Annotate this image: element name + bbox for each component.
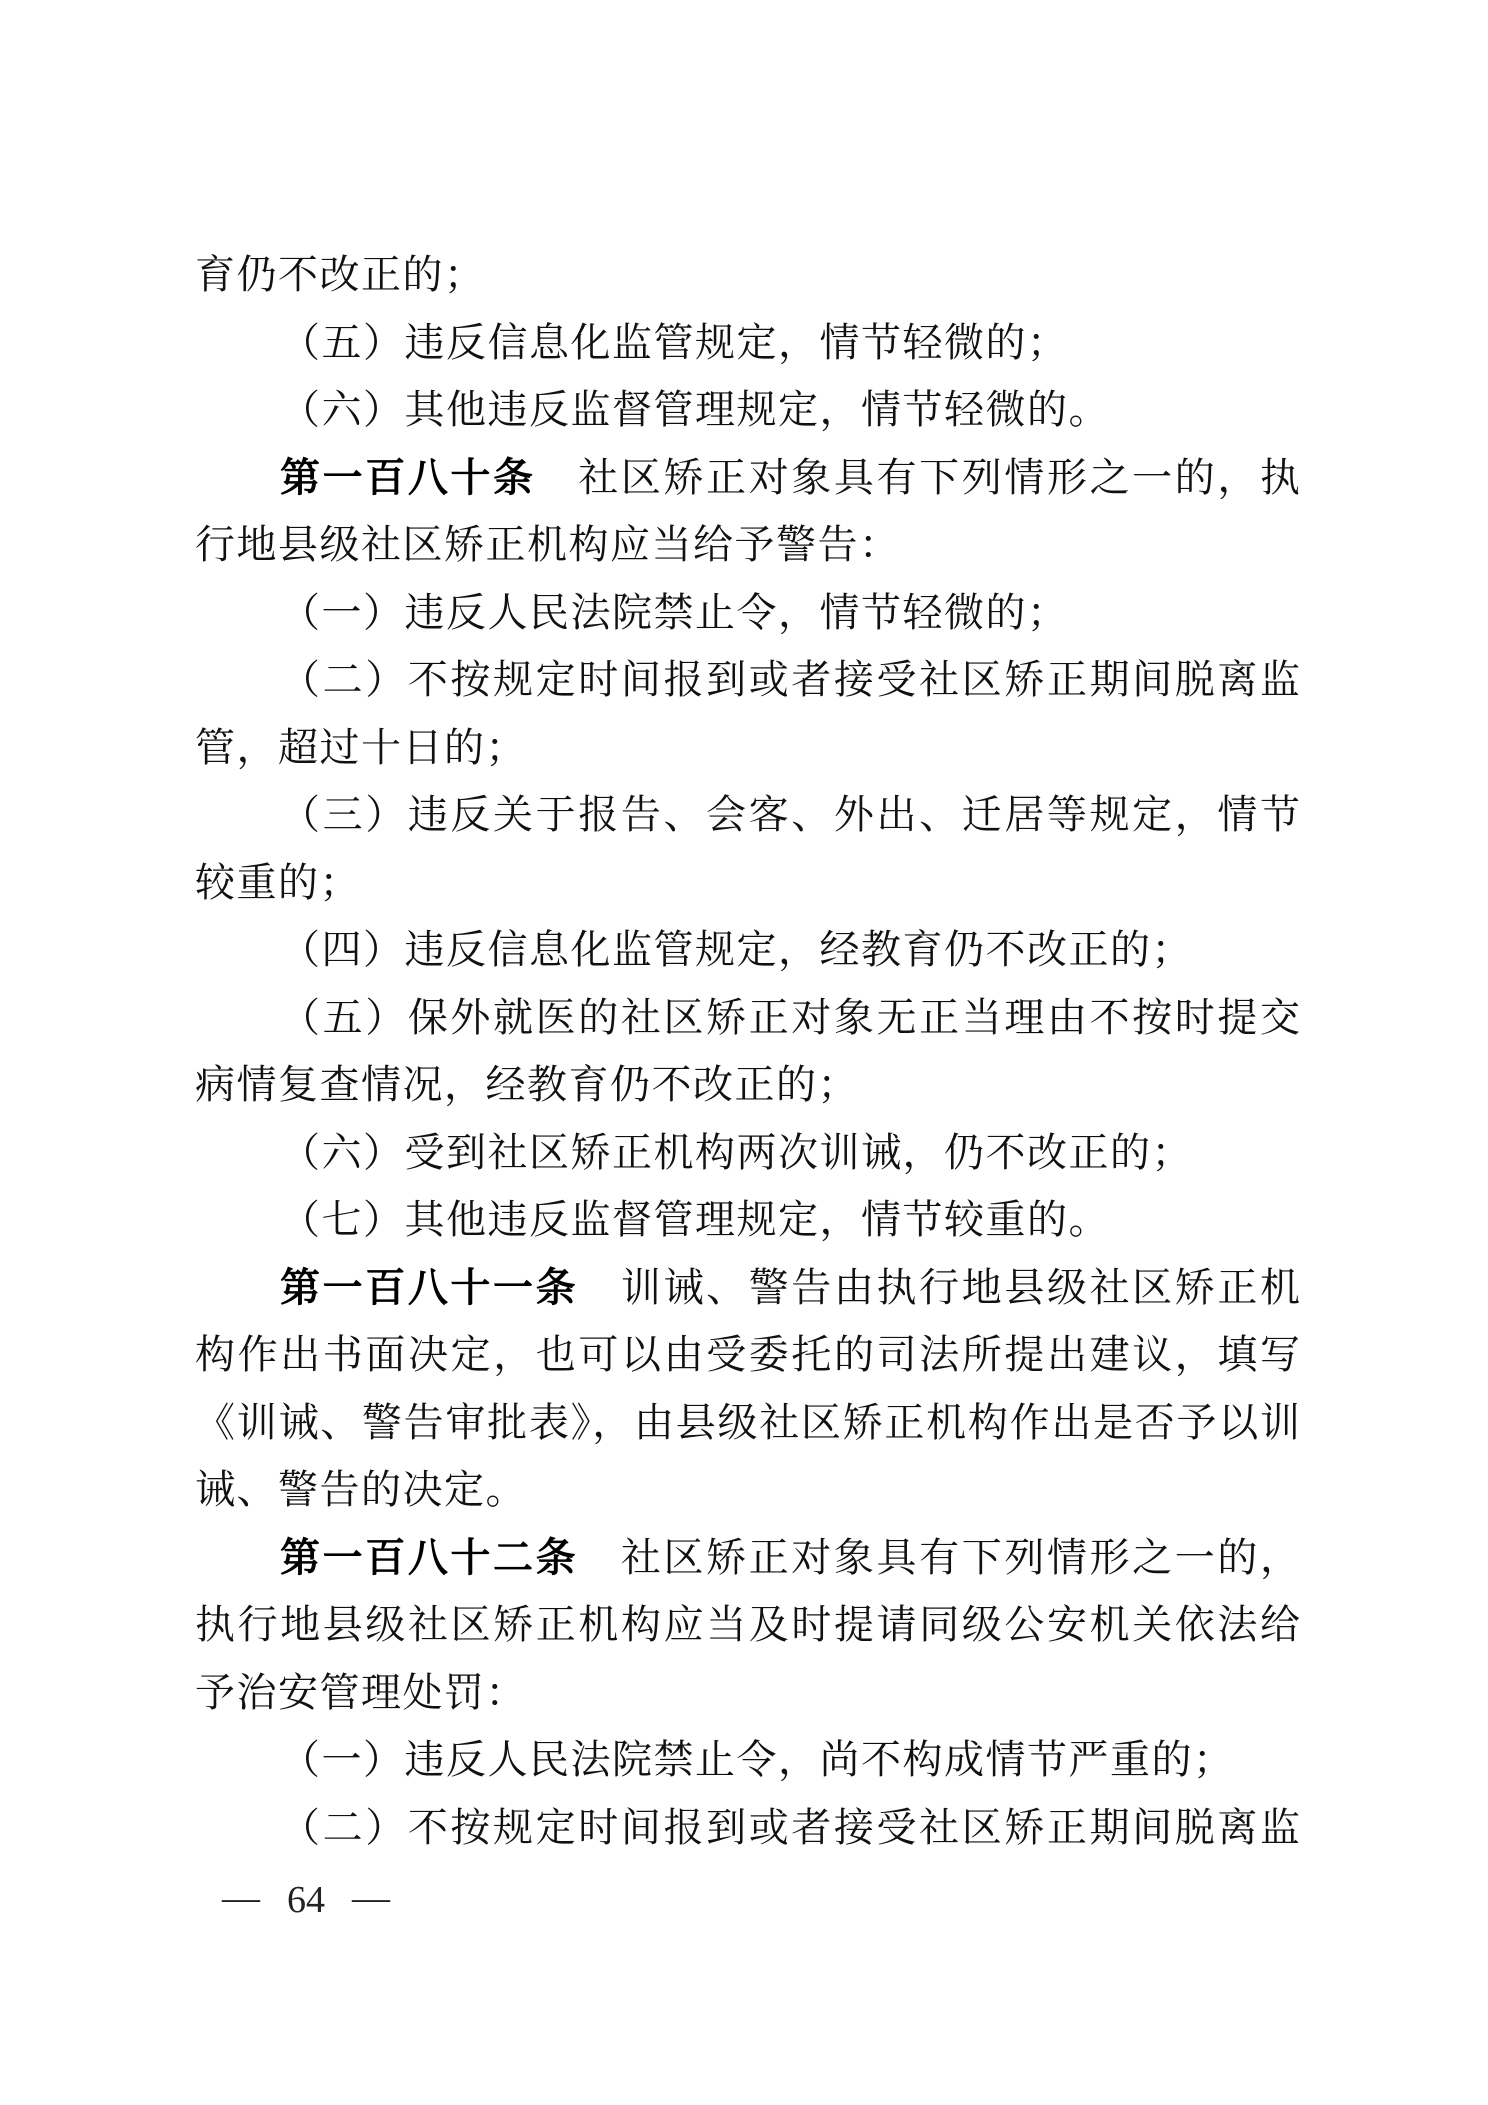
line-text: 育仍不改正的；: [195, 252, 486, 297]
line-text: 构作出书面决定，也可以由受委托的司法所提出建议，填写: [195, 1332, 1300, 1377]
line-text: （五）保外就医的社区矫正对象无正当理由不按时提交: [280, 995, 1300, 1040]
text-line: 第一百八十一条 训诫、警告由执行地县级社区矫正机: [195, 1254, 1300, 1322]
text-line: （一）违反人民法院禁止令，情节轻微的；: [195, 579, 1300, 647]
text-line: 病情复查情况，经教育仍不改正的；: [195, 1051, 1300, 1119]
text-line: 诫、警告的决定。: [195, 1456, 1300, 1524]
article-number: 第一百八十条: [280, 456, 536, 500]
text-line: （三）违反关于报告、会客、外出、迁居等规定，情节: [195, 781, 1300, 849]
text-line: （六）其他违反监督管理规定，情节轻微的。: [195, 376, 1300, 444]
line-text: （五）违反信息化监管规定，情节轻微的；: [280, 320, 1069, 365]
document-body: 育仍不改正的；（五）违反信息化监管规定，情节轻微的；（六）其他违反监督管理规定，…: [195, 241, 1300, 1861]
text-line: （一）违反人民法院禁止令，尚不构成情节严重的；: [195, 1726, 1300, 1794]
line-text: （一）违反人民法院禁止令，尚不构成情节严重的；: [280, 1737, 1235, 1782]
document-page: 育仍不改正的；（五）违反信息化监管规定，情节轻微的；（六）其他违反监督管理规定，…: [0, 0, 1488, 2105]
line-text: （六）受到社区矫正机构两次训诫，仍不改正的；: [280, 1130, 1193, 1175]
text-line: 较重的；: [195, 849, 1300, 917]
line-text: 社区矫正对象具有下列情形之一的，执: [536, 455, 1300, 500]
article-number: 第一百八十二条: [280, 1536, 578, 1580]
line-text: 执行地县级社区矫正机构应当及时提请同级公安机关依法给: [195, 1602, 1300, 1647]
line-text: （一）违反人民法院禁止令，情节轻微的；: [280, 590, 1069, 635]
text-line: 第一百八十条 社区矫正对象具有下列情形之一的，执: [195, 444, 1300, 512]
line-text: 行地县级社区矫正机构应当给予警告：: [195, 522, 901, 567]
text-line: （七）其他违反监督管理规定，情节较重的。: [195, 1186, 1300, 1254]
footer-dash-left: —: [222, 1876, 260, 1920]
text-line: （五）违反信息化监管规定，情节轻微的；: [195, 309, 1300, 377]
line-text: 社区矫正对象具有下列情形之一的，: [578, 1535, 1300, 1580]
line-text: （六）其他违反监督管理规定，情节轻微的。: [280, 387, 1110, 432]
text-line: 育仍不改正的；: [195, 241, 1300, 309]
page-number: 64: [287, 1878, 325, 1922]
text-line: 予治安管理处罚：: [195, 1659, 1300, 1727]
article-number: 第一百八十一条: [280, 1266, 578, 1310]
line-text: （四）违反信息化监管规定，经教育仍不改正的；: [280, 927, 1193, 972]
text-line: 执行地县级社区矫正机构应当及时提请同级公安机关依法给: [195, 1591, 1300, 1659]
text-line: （二）不按规定时间报到或者接受社区矫正期间脱离监: [195, 1794, 1300, 1862]
line-text: （二）不按规定时间报到或者接受社区矫正期间脱离监: [280, 657, 1300, 702]
text-line: 第一百八十二条 社区矫正对象具有下列情形之一的，: [195, 1524, 1300, 1592]
text-line: 行地县级社区矫正机构应当给予警告：: [195, 511, 1300, 579]
text-line: （四）违反信息化监管规定，经教育仍不改正的；: [195, 916, 1300, 984]
text-line: 管，超过十日的；: [195, 714, 1300, 782]
line-text: 训诫、警告由执行地县级社区矫正机: [578, 1265, 1300, 1310]
text-line: 构作出书面决定，也可以由受委托的司法所提出建议，填写: [195, 1321, 1300, 1389]
line-text: 诫、警告的决定。: [195, 1467, 527, 1512]
text-line: （二）不按规定时间报到或者接受社区矫正期间脱离监: [195, 646, 1300, 714]
page-footer: — 64 —: [222, 1872, 390, 1928]
line-text: 较重的；: [195, 860, 361, 905]
line-text: （二）不按规定时间报到或者接受社区矫正期间脱离监: [280, 1805, 1300, 1850]
line-text: 《训诫、警告审批表》，由县级社区矫正机构作出是否予以训: [195, 1400, 1300, 1445]
line-text: 管，超过十日的；: [195, 725, 527, 770]
text-line: （五）保外就医的社区矫正对象无正当理由不按时提交: [195, 984, 1300, 1052]
line-text: 予治安管理处罚：: [195, 1670, 527, 1715]
line-text: 病情复查情况，经教育仍不改正的；: [195, 1062, 859, 1107]
line-text: （三）违反关于报告、会客、外出、迁居等规定，情节: [280, 792, 1300, 837]
text-line: （六）受到社区矫正机构两次训诫，仍不改正的；: [195, 1119, 1300, 1187]
footer-dash-right: —: [352, 1876, 390, 1920]
line-text: （七）其他违反监督管理规定，情节较重的。: [280, 1197, 1110, 1242]
text-line: 《训诫、警告审批表》，由县级社区矫正机构作出是否予以训: [195, 1389, 1300, 1457]
